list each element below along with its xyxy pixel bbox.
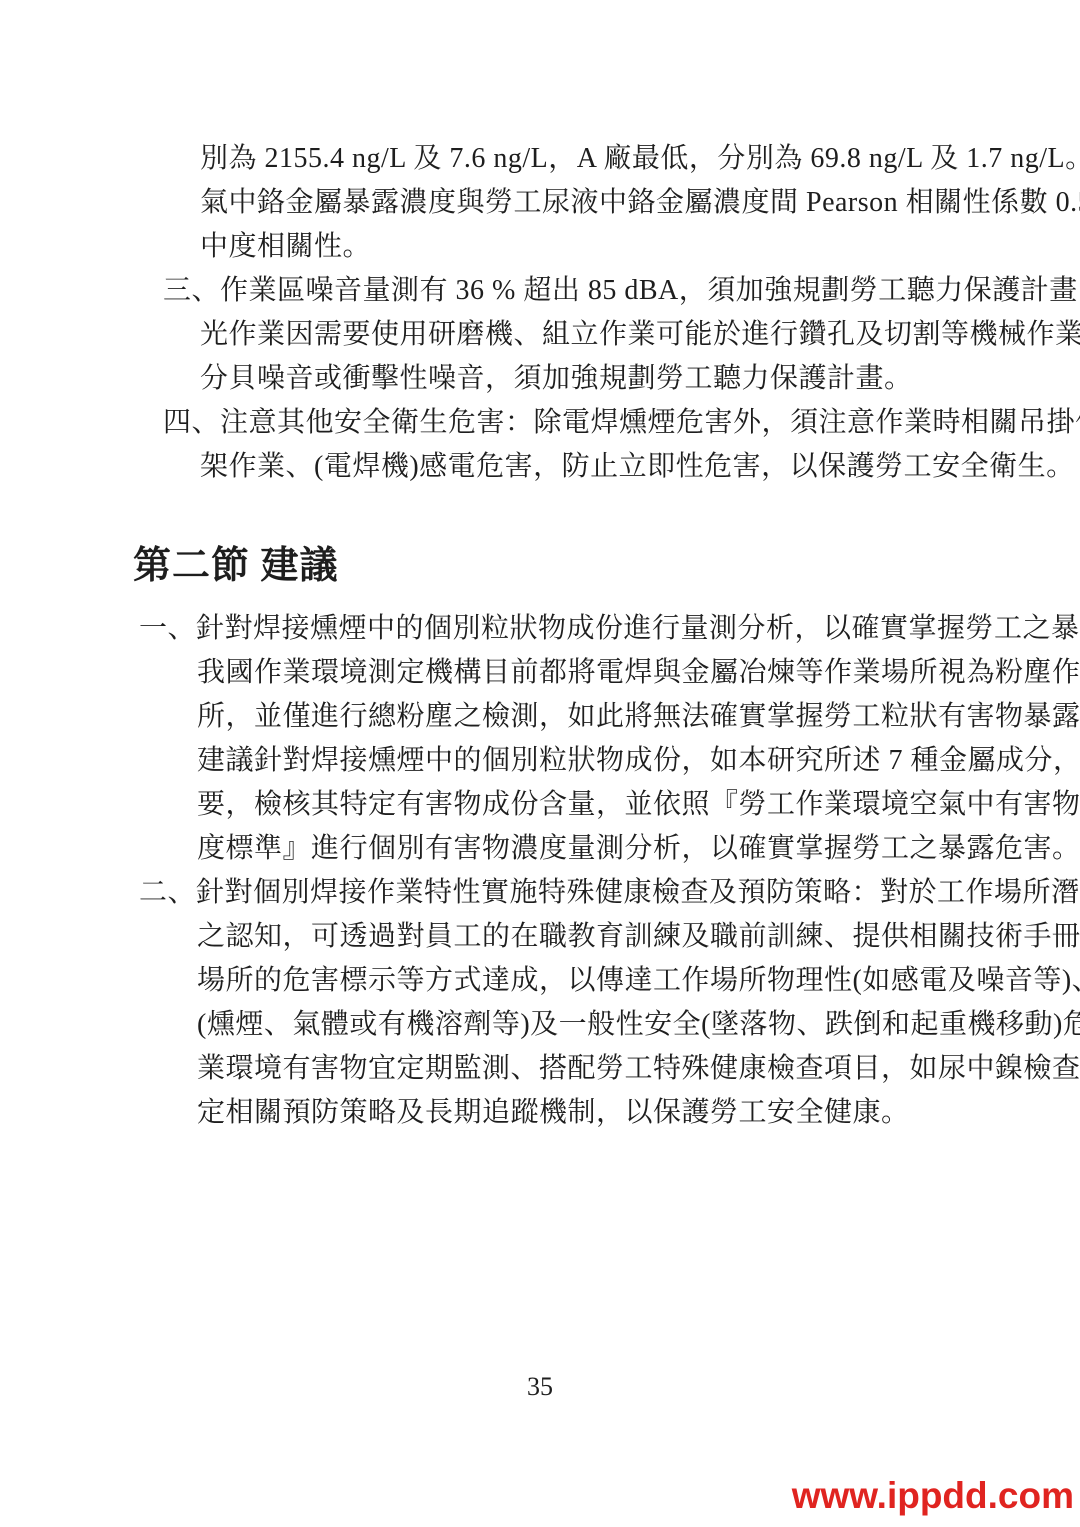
list-item-2: 二、針對個別焊接作業特性實施特殊健康檢查及預防策略：對於工作場所潛在危害 之認知… bbox=[133, 871, 958, 1135]
list-item-line: 我國作業環境測定機構目前都將電焊與金屬冶煉等作業場所視為粉塵作業場 bbox=[133, 651, 958, 695]
continued-paragraph: 別為 2155.4 ng/L 及 7.6 ng/L，A 廠最低，分別為 69.8… bbox=[133, 137, 958, 269]
list-item-4: 四、注意其他安全衛生危害：除電焊燻煙危害外，須注意作業時相關吊掛作業、高 架作業… bbox=[133, 401, 958, 489]
document-page: 別為 2155.4 ng/L 及 7.6 ng/L，A 廠最低，分別為 69.8… bbox=[0, 0, 1080, 1527]
list-item-line: 建議針對焊接燻煙中的個別粒狀物成份，如本研究所述 7 種金屬成分，如有需 bbox=[133, 739, 958, 783]
page-content: 別為 2155.4 ng/L 及 7.6 ng/L，A 廠最低，分別為 69.8… bbox=[133, 137, 958, 1135]
section-heading: 第二節 建議 bbox=[133, 541, 958, 591]
body-line: 中度相關性。 bbox=[133, 225, 958, 269]
list-item-line: 分貝噪音或衝擊性噪音，須加強規劃勞工聽力保護計畫。 bbox=[133, 357, 958, 401]
list-item-line: 三、作業區噪音量測有 36 % 超出 85 dBA，須加強規劃勞工聽力保護計畫：… bbox=[133, 269, 958, 313]
watermark-url: www.ippdd.com bbox=[792, 1475, 1074, 1517]
list-item-line: 架作業、(電焊機)感電危害，防止立即性危害，以保護勞工安全衛生。 bbox=[133, 445, 958, 489]
list-item-line: 場所的危害標示等方式達成，以傳達工作場所物理性(如感電及噪音等)、化學性 bbox=[133, 959, 958, 1003]
list-item-line: 之認知，可透過對員工的在職教育訓練及職前訓練、提供相關技術手冊及工作 bbox=[133, 915, 958, 959]
list-item-line: (燻煙、氣體或有機溶劑等)及一般性安全(墜落物、跌倒和起重機移動)危害。作 bbox=[133, 1003, 958, 1047]
list-item-line: 定相關預防策略及長期追蹤機制，以保護勞工安全健康。 bbox=[133, 1091, 958, 1135]
list-item-line: 二、針對個別焊接作業特性實施特殊健康檢查及預防策略：對於工作場所潛在危害 bbox=[133, 871, 958, 915]
list-item-line: 一、針對焊接燻煙中的個別粒狀物成份進行量測分析，以確實掌握勞工之暴露危害： bbox=[133, 607, 958, 651]
list-item-line: 業環境有害物宜定期監測、搭配勞工特殊健康檢查項目，如尿中鎳檢查，以擬 bbox=[133, 1047, 958, 1091]
list-item-line: 所，並僅進行總粉塵之檢測，如此將無法確實掌握勞工粒狀有害物暴露之情形， bbox=[133, 695, 958, 739]
list-item-line: 光作業因需要使用研磨機、組立作業可能於進行鑽孔及切割等機械作業產出高 bbox=[133, 313, 958, 357]
list-item-line: 要，檢核其特定有害物成份含量，並依照『勞工作業環境空氣中有害物容許濃 bbox=[133, 783, 958, 827]
list-item-line: 四、注意其他安全衛生危害：除電焊燻煙危害外，須注意作業時相關吊掛作業、高 bbox=[133, 401, 958, 445]
page-number: 35 bbox=[0, 1372, 1080, 1402]
list-item-1: 一、針對焊接燻煙中的個別粒狀物成份進行量測分析，以確實掌握勞工之暴露危害： 我國… bbox=[133, 607, 958, 871]
body-line: 別為 2155.4 ng/L 及 7.6 ng/L，A 廠最低，分別為 69.8… bbox=[133, 137, 958, 181]
list-item-3: 三、作業區噪音量測有 36 % 超出 85 dBA，須加強規劃勞工聽力保護計畫：… bbox=[133, 269, 958, 401]
body-line: 氣中鉻金屬暴露濃度與勞工尿液中鉻金屬濃度間 Pearson 相關性係數 0.52… bbox=[133, 181, 958, 225]
list-item-line: 度標準』進行個別有害物濃度量測分析，以確實掌握勞工之暴露危害。 bbox=[133, 827, 958, 871]
